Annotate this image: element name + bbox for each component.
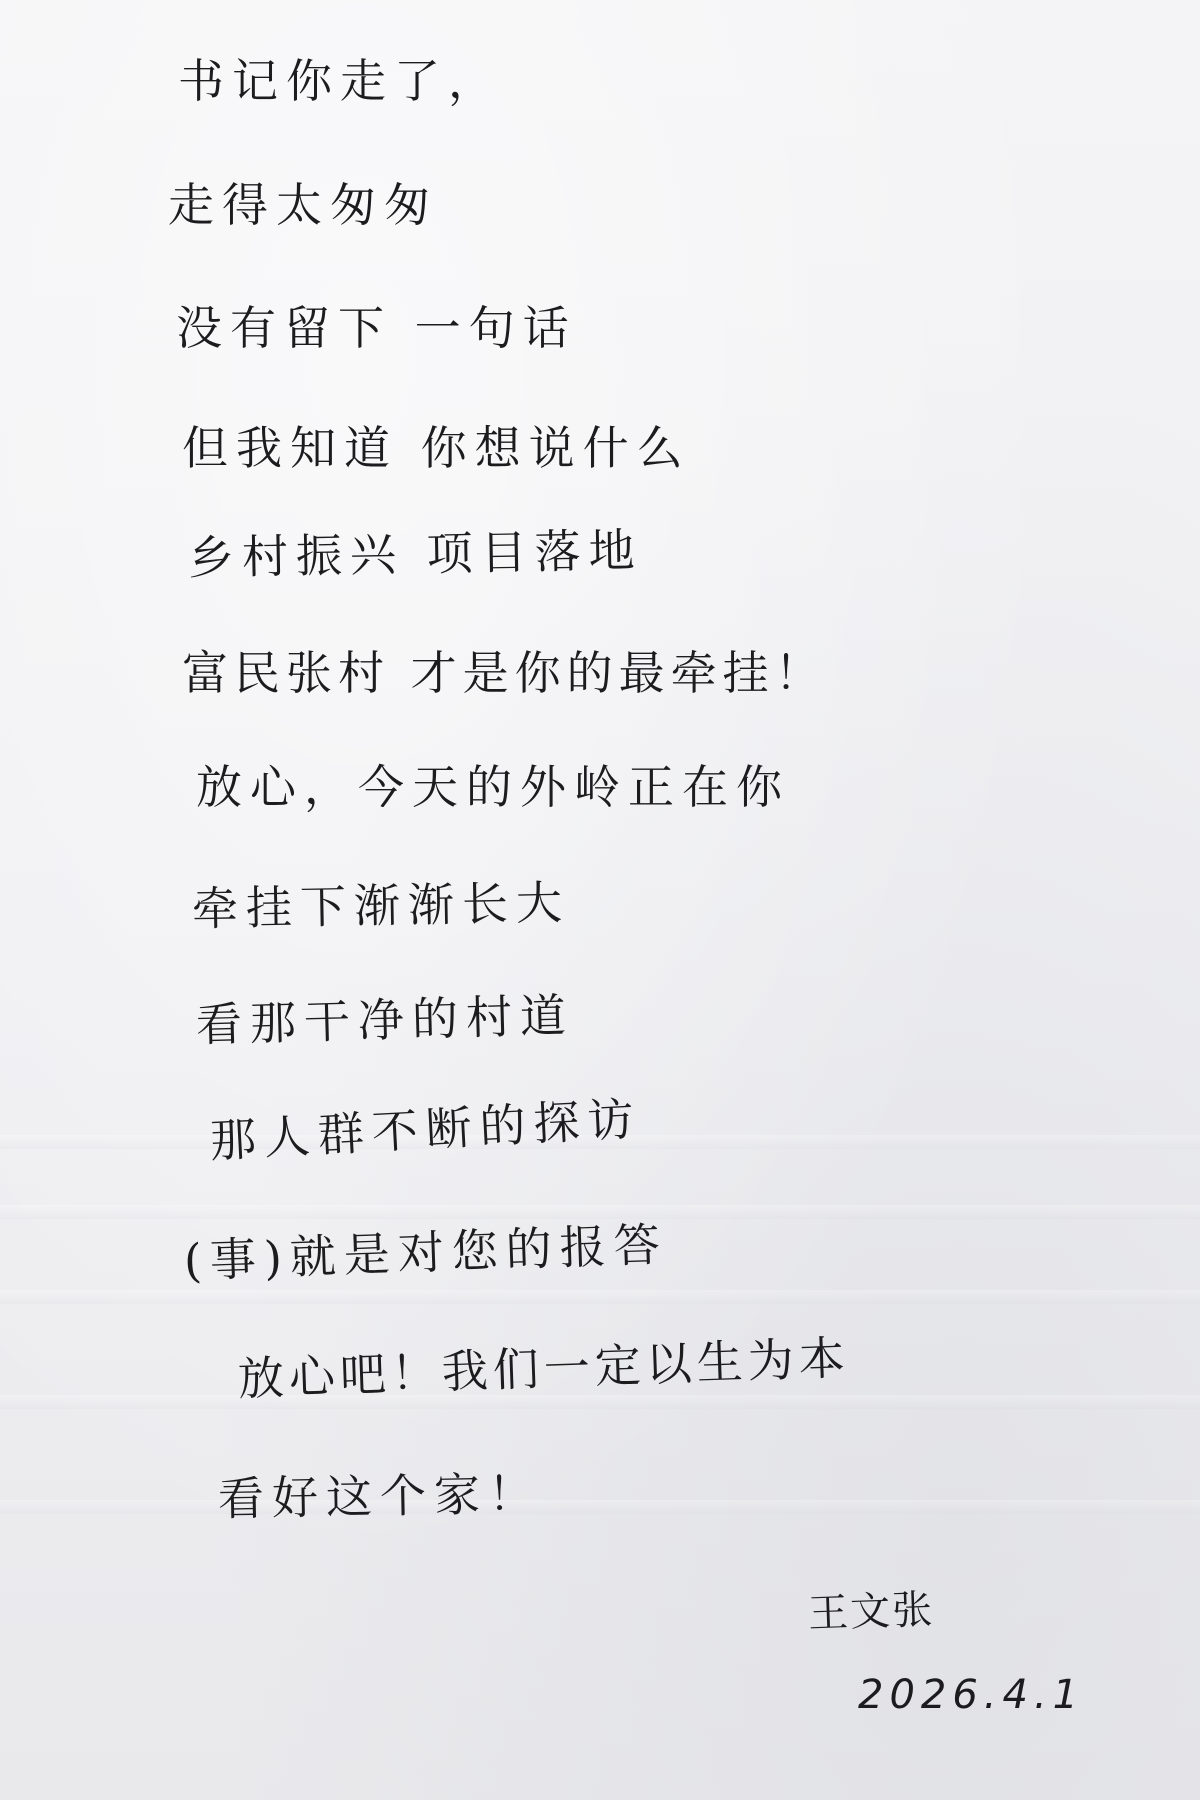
letter-line-5: 乡村振兴 项目落地 (188, 527, 643, 581)
letter-line-1: 书记你走了， (178, 58, 502, 104)
letter-line-3: 没有留下 一句话 (176, 305, 577, 351)
letter-line-12: 放心吧！我们一定以生为本 (237, 1335, 850, 1402)
signature: 王文张 (807, 1578, 935, 1639)
letter-line-13: 看好这个家！ (218, 1470, 543, 1522)
paper-texture (0, 1395, 1200, 1409)
paper-texture (0, 1205, 1200, 1219)
paper-texture (0, 1290, 1200, 1304)
letter-date: 2026.4.1 (858, 1672, 1084, 1718)
letter-line-10: 那人群不断的探访 (209, 1095, 643, 1164)
paper-texture (0, 1500, 1200, 1514)
letter-line-8: 牵挂下渐渐长大 (192, 879, 571, 932)
letter-line-9: 看那干净的村道 (195, 992, 574, 1048)
letter-line-6: 富民张村 才是你的最牵挂！ (182, 650, 827, 696)
letter-line-11: (事)就是对您的报答 (183, 1221, 668, 1284)
letter-line-7: 放心，今天的外岭正在你 (196, 764, 790, 810)
letter-line-4: 但我知道 你想说什么 (182, 425, 691, 471)
letter-line-2: 走得太匆匆 (168, 182, 438, 228)
